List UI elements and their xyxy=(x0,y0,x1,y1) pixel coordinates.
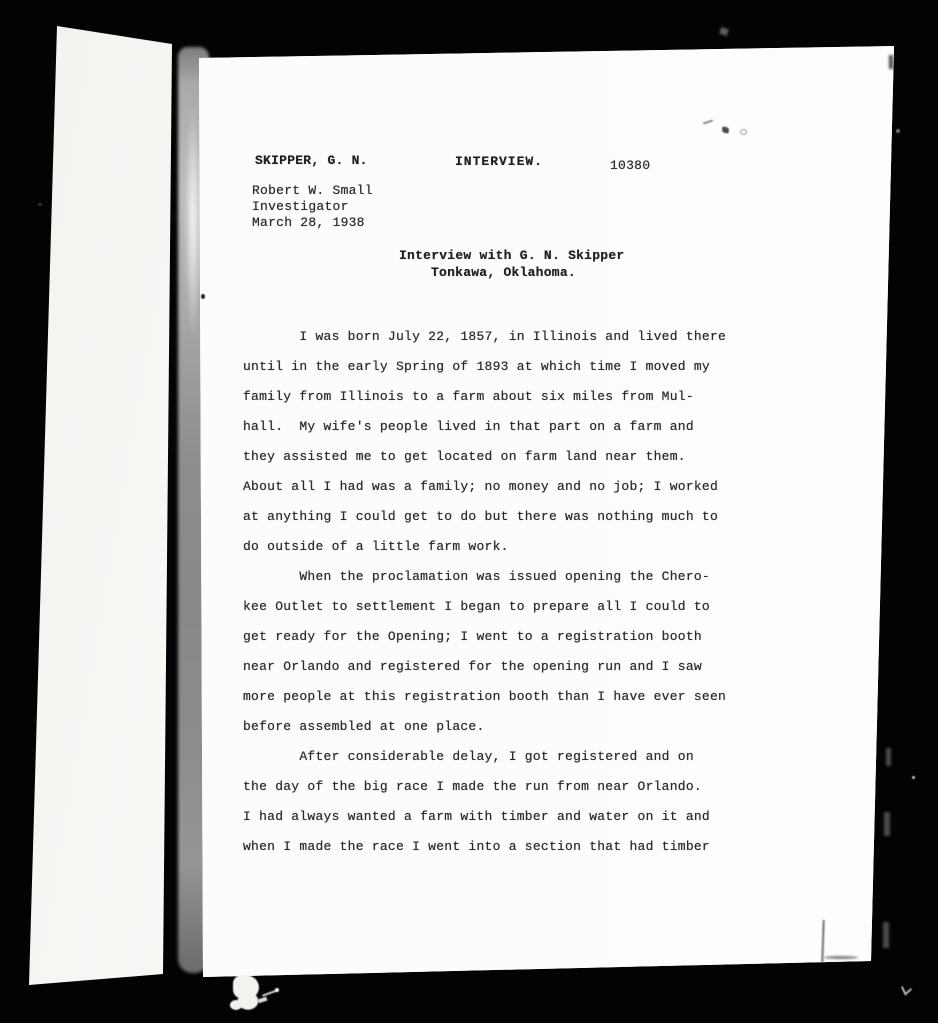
body-line: family from Illinois to a farm about six… xyxy=(243,382,726,412)
body-line: hall. My wife's people lived in that par… xyxy=(243,412,726,442)
document-type-label: INTERVIEW. xyxy=(455,154,543,169)
body-line: get ready for the Opening; I went to a r… xyxy=(243,622,726,652)
scan-speck xyxy=(912,776,915,779)
scan-smudge-blob xyxy=(235,989,261,1014)
scan-smudge-speck xyxy=(258,997,268,1004)
scan-speck xyxy=(275,988,279,992)
investigator-role: Investigator xyxy=(252,199,373,215)
body-line: when I made the race I went into a secti… xyxy=(243,832,726,862)
microfilm-scan-viewport: SKIPPER, G. N. INTERVIEW. 10380 Robert W… xyxy=(0,0,938,1023)
page-edge-smudge xyxy=(883,922,889,948)
body-line: After considerable delay, I got register… xyxy=(243,742,726,772)
interview-title: Interview with G. N. Skipper xyxy=(399,248,624,263)
page-edge-smudge xyxy=(884,812,890,836)
scan-speck xyxy=(38,203,42,206)
scan-smudge-blob xyxy=(230,1000,242,1010)
body-line: When the proclamation was issued opening… xyxy=(243,562,726,592)
body-line: until in the early Spring of 1893 at whi… xyxy=(243,352,726,382)
document-subject-name: SKIPPER, G. N. xyxy=(255,153,368,168)
scan-speck xyxy=(901,981,912,995)
document-number: 10380 xyxy=(610,158,650,173)
body-line: do outside of a little farm work. xyxy=(243,532,726,562)
body-line: before assembled at one place. xyxy=(243,712,726,742)
page-edge-smudge xyxy=(886,748,891,766)
body-line: I was born July 22, 1857, in Illinois an… xyxy=(243,322,726,352)
body-line: more people at this registration booth t… xyxy=(243,682,726,712)
body-line: kee Outlet to settlement I began to prep… xyxy=(243,592,726,622)
body-line: at anything I could get to do but there … xyxy=(243,502,726,532)
investigator-name: Robert W. Small xyxy=(252,183,373,199)
body-line: About all I had was a family; no money a… xyxy=(243,472,726,502)
scan-smudge-speck xyxy=(262,989,278,996)
interview-body-text: I was born July 22, 1857, in Illinois an… xyxy=(243,322,726,862)
body-line: the day of the big race I made the run f… xyxy=(243,772,726,802)
investigator-block: Robert W. Small Investigator March 28, 1… xyxy=(252,183,373,231)
interview-location: Tonkawa, Oklahoma. xyxy=(431,265,576,280)
scan-speck xyxy=(896,129,900,133)
body-line: they assisted me to get located on farm … xyxy=(243,442,726,472)
interview-date: March 28, 1938 xyxy=(252,215,373,231)
scan-smudge-blob xyxy=(233,975,259,999)
body-line: I had always wanted a farm with timber a… xyxy=(243,802,726,832)
body-line: near Orlando and registered for the open… xyxy=(243,652,726,682)
scan-speck xyxy=(719,27,729,36)
